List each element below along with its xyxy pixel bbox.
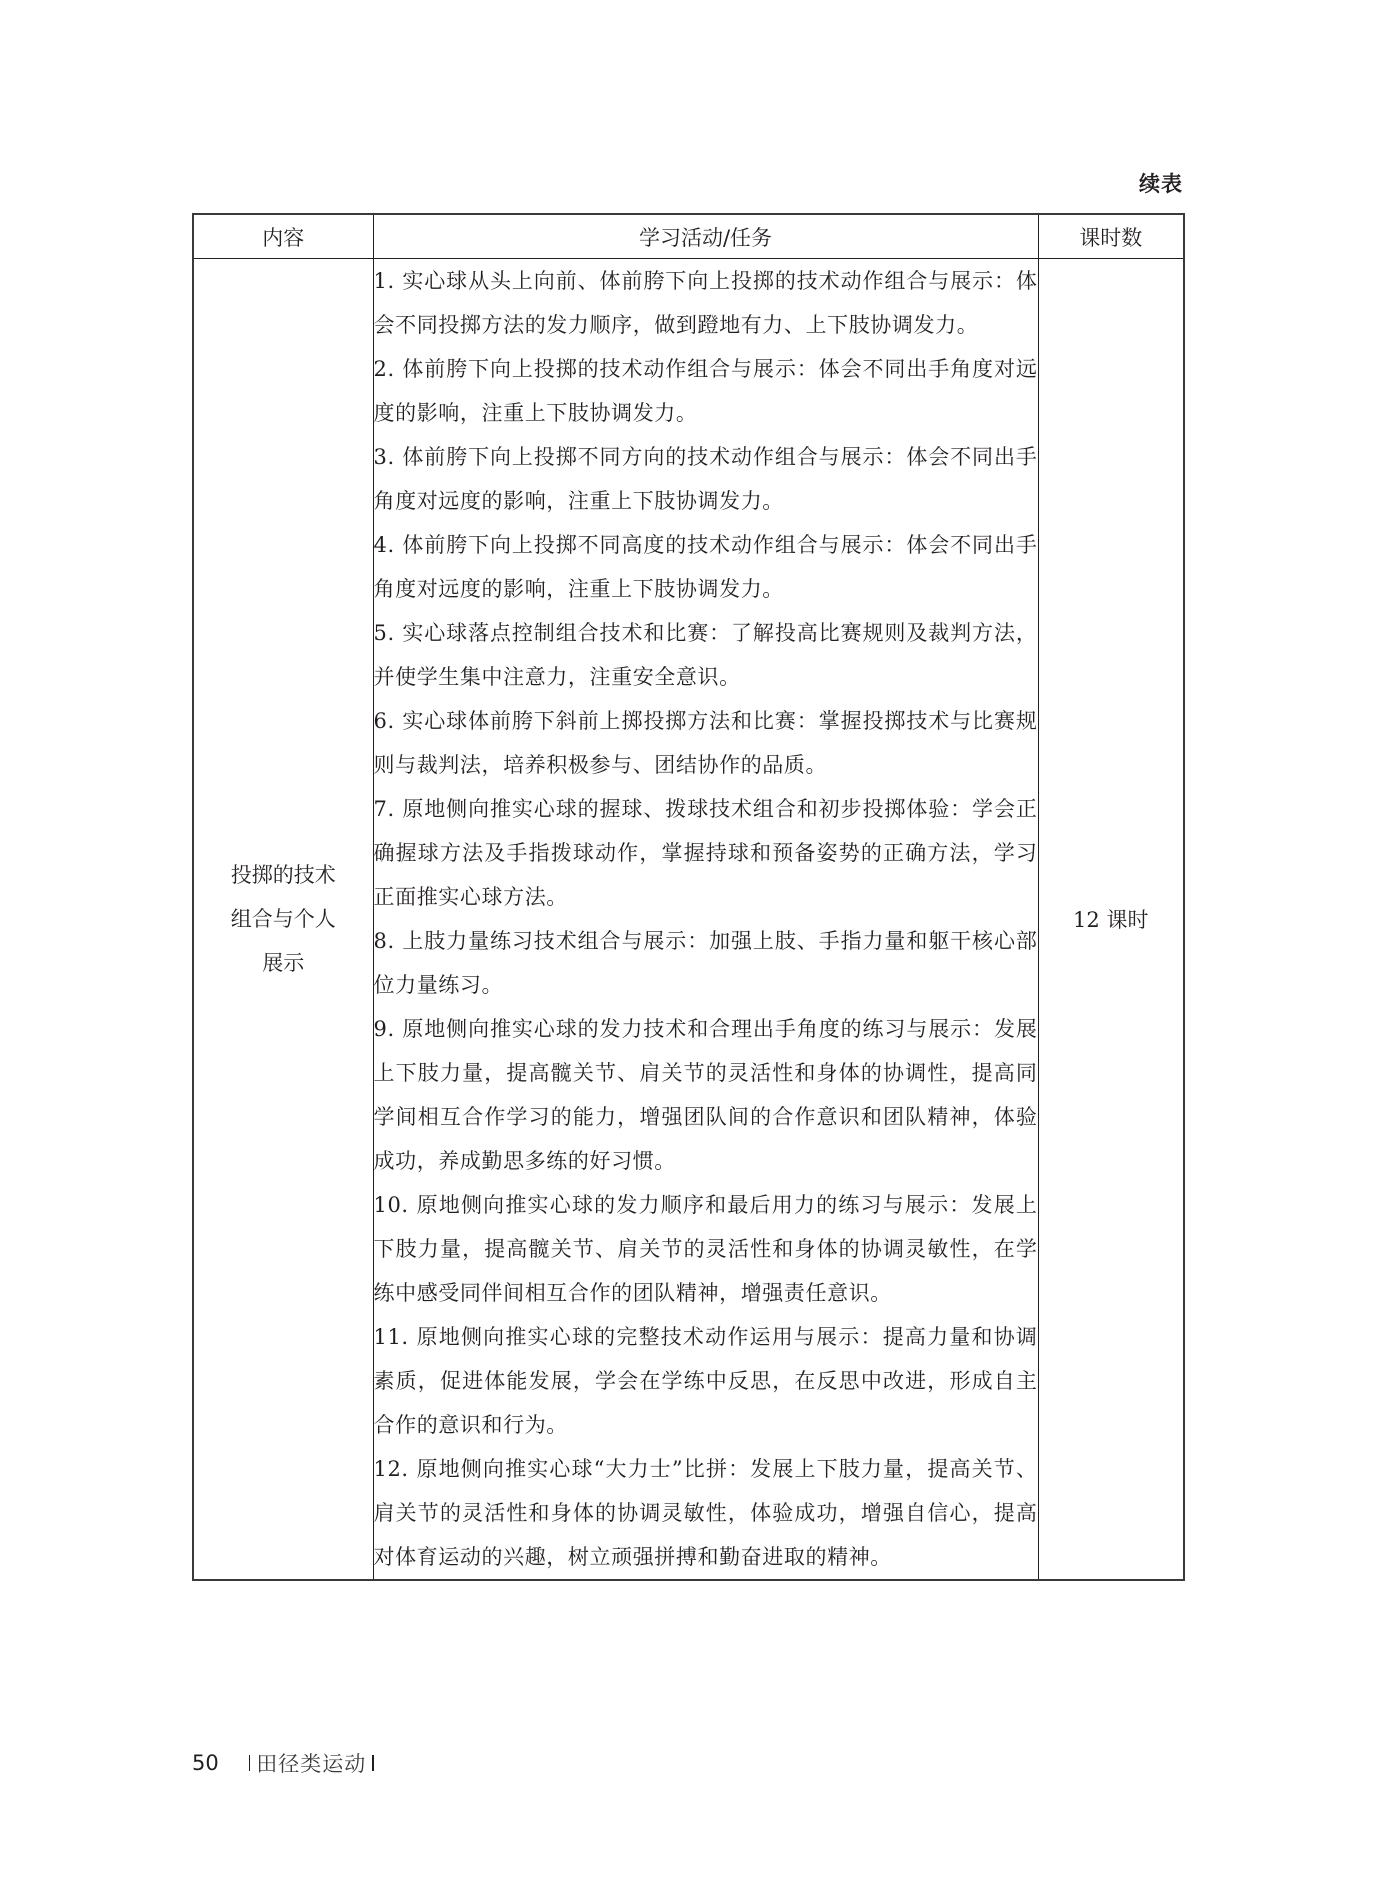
content-line: 组合与个人 bbox=[194, 897, 373, 941]
header-activities: 学习活动/任务 bbox=[373, 214, 1038, 259]
header-content: 内容 bbox=[193, 214, 373, 259]
continued-table-label: 续表 bbox=[1139, 168, 1183, 198]
activities-cell: 1. 实心球从头上向前、体前胯下向上投掷的技术动作组合与展示：体会不同投掷方法的… bbox=[373, 259, 1038, 1581]
activity-item: 8. 上肢力量练习技术组合与展示：加强上肢、手指力量和躯干核心部位力量练习。 bbox=[374, 919, 1038, 1007]
table-row: 投掷的技术 组合与个人 展示 1. 实心球从头上向前、体前胯下向上投掷的技术动作… bbox=[193, 259, 1184, 1581]
activity-item: 2. 体前胯下向上投掷的技术动作组合与展示：体会不同出手角度对远度的影响，注重上… bbox=[374, 347, 1038, 435]
table-header: 内容 学习活动/任务 课时数 bbox=[193, 214, 1184, 259]
page-footer: 50 田径类运动 bbox=[192, 1748, 380, 1778]
activity-item: 5. 实心球落点控制组合技术和比赛：了解投高比赛规则及裁判方法，并使学生集中注意… bbox=[374, 611, 1038, 699]
lesson-plan-table: 内容 学习活动/任务 课时数 投掷的技术 组合与个人 展示 1. 实心球从头上向… bbox=[192, 213, 1185, 1581]
activity-item: 7. 原地侧向推实心球的握球、拨球技术组合和初步投掷体验：学会正确握球方法及手指… bbox=[374, 787, 1038, 919]
header-hours: 课时数 bbox=[1038, 214, 1184, 259]
table-body: 投掷的技术 组合与个人 展示 1. 实心球从头上向前、体前胯下向上投掷的技术动作… bbox=[193, 259, 1184, 1581]
content-line: 投掷的技术 bbox=[194, 853, 373, 897]
content-line: 展示 bbox=[194, 941, 373, 985]
section-title: 田径类运动 bbox=[256, 1748, 366, 1778]
activity-item: 12. 原地侧向推实心球“大力士”比拼：发展上下肢力量，提高关节、肩关节的灵活性… bbox=[374, 1447, 1038, 1579]
activity-item: 1. 实心球从头上向前、体前胯下向上投掷的技术动作组合与展示：体会不同投掷方法的… bbox=[374, 259, 1038, 347]
separator-bar bbox=[372, 1755, 374, 1771]
separator-bar bbox=[249, 1755, 251, 1771]
activity-item: 11. 原地侧向推实心球的完整技术动作运用与展示：提高力量和协调素质，促进体能发… bbox=[374, 1315, 1038, 1447]
page-number: 50 bbox=[192, 1751, 219, 1775]
activity-item: 4. 体前胯下向上投掷不同高度的技术动作组合与展示：体会不同出手角度对远度的影响… bbox=[374, 523, 1038, 611]
activity-item: 10. 原地侧向推实心球的发力顺序和最后用力的练习与展示：发展上下肢力量，提高髋… bbox=[374, 1183, 1038, 1315]
hours-cell: 12 课时 bbox=[1038, 259, 1184, 1581]
activity-item: 6. 实心球体前胯下斜前上掷投掷方法和比赛：掌握投掷技术与比赛规则与裁判法，培养… bbox=[374, 699, 1038, 787]
activity-item: 9. 原地侧向推实心球的发力技术和合理出手角度的练习与展示：发展上下肢力量，提高… bbox=[374, 1007, 1038, 1183]
content-cell: 投掷的技术 组合与个人 展示 bbox=[193, 259, 373, 1581]
table-header-row: 内容 学习活动/任务 课时数 bbox=[193, 214, 1184, 259]
activity-item: 3. 体前胯下向上投掷不同方向的技术动作组合与展示：体会不同出手角度对远度的影响… bbox=[374, 435, 1038, 523]
